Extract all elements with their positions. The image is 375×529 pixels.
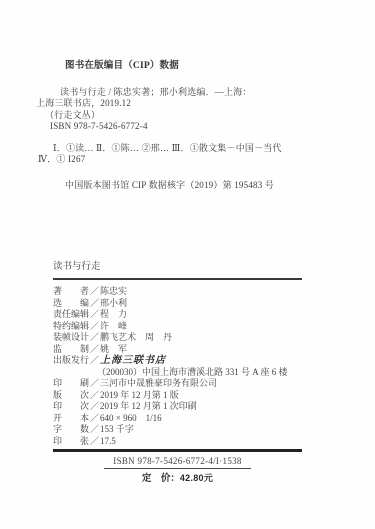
- bottom-rule: [53, 449, 302, 452]
- slash-separator: ／: [89, 378, 100, 388]
- slash-separator: ／: [89, 424, 100, 434]
- slash-separator: ／: [89, 401, 100, 411]
- slash-separator: ／: [89, 344, 100, 354]
- row-label: 选 编: [53, 298, 89, 310]
- slash-separator: ／: [89, 436, 100, 446]
- colophon-row-author: 著 者／陈忠实: [53, 286, 302, 298]
- cip-series-note: （行走文丛）: [45, 110, 308, 122]
- row-label: 印 刷: [53, 378, 89, 390]
- colophon-section: 读书与行走 著 者／陈忠实 选 编／邢小利 责任编辑／程 力 特约编辑／许 峰 …: [53, 261, 302, 486]
- row-value: 640 × 960 1/16: [100, 413, 162, 423]
- cip-isbn-line: ISBN 978-7-5426-6772-4: [50, 121, 308, 133]
- slash-separator: ／: [89, 413, 100, 423]
- isbn-footer: ISBN 978-7-5426-6772-4/I·1538: [104, 456, 250, 470]
- colophon-row-special-editor: 特约编辑／许 峰: [53, 321, 302, 333]
- row-value: 2019 年 12 月第 1 版: [100, 390, 179, 400]
- row-value: 17.5: [100, 436, 116, 446]
- slash-separator: ／: [89, 321, 100, 331]
- row-value: 邢小利: [100, 298, 127, 308]
- cip-heading: 图书在版编目（CIP）数据: [65, 61, 308, 73]
- cip-section: 图书在版编目（CIP）数据 读书与行走 / 陈忠实著；邢小利选编．—上海： 上海…: [36, 61, 308, 191]
- slash-separator: ／: [89, 355, 100, 365]
- colophon-row-word-count: 字 数／153 千字: [53, 424, 302, 436]
- row-value: 153 千字: [100, 424, 134, 434]
- row-label: 装帧设计: [53, 332, 89, 344]
- row-label: 监 制: [53, 344, 89, 356]
- slash-separator: ／: [89, 390, 100, 400]
- price-value: 42.80元: [180, 473, 213, 483]
- colophon-row-sheets: 印 张／17.5: [53, 436, 302, 448]
- colophon-row-supervisor: 监 制／姚 军: [53, 344, 302, 356]
- row-label: 印 张: [53, 436, 89, 448]
- colophon-row-responsible-editor: 责任编辑／程 力: [53, 309, 302, 321]
- row-label: 版 次: [53, 390, 89, 402]
- row-value: 鹏飞艺术 周 丹: [100, 332, 172, 342]
- colophon-row-publisher: 出版发行／上海三联书店: [53, 355, 302, 367]
- footer-block: ISBN 978-7-5426-6772-4/I·1538 定 价：42.80元: [53, 456, 302, 486]
- cip-bibliographic-line-1: 读书与行走 / 陈忠实著；邢小利选编．—上海：: [60, 87, 308, 99]
- publisher-name: 上海三联书店: [100, 355, 166, 366]
- row-label: 出版发行: [53, 355, 89, 367]
- cip-record-number: 中国版本图书馆 CIP 数据核字（2019）第 195483 号: [65, 180, 308, 192]
- colophon-row-printer: 印 刷／三河市中晟雅豪印务有限公司: [53, 378, 302, 390]
- row-label: 字 数: [53, 424, 89, 436]
- slash-separator: ／: [89, 309, 100, 319]
- slash-separator: ／: [89, 332, 100, 342]
- colophon-row-editor: 选 编／邢小利: [53, 298, 302, 310]
- book-copyright-page: 图书在版编目（CIP）数据 读书与行走 / 陈忠实著；邢小利选编．—上海： 上海…: [0, 0, 375, 529]
- slash-separator: ／: [89, 298, 100, 308]
- row-value: 2019 年 12 月第 1 次印刷: [100, 401, 197, 411]
- cip-classification-line-1: Ⅰ．①读… Ⅱ．①陈… ②邢… Ⅲ．①散文集－中国－当代: [53, 143, 308, 155]
- book-title: 读书与行走: [53, 261, 302, 273]
- row-label: 特约编辑: [53, 321, 89, 333]
- cip-bibliographic-line-2: 上海三联书店，2019.12: [36, 98, 308, 110]
- row-value: 程 力: [100, 309, 127, 319]
- cip-classification-line-2: Ⅳ．① I267: [38, 154, 308, 166]
- price-line: 定 价：42.80元: [53, 473, 302, 486]
- row-label: 著 者: [53, 286, 89, 298]
- row-value: 陈忠实: [100, 286, 127, 296]
- row-label: 责任编辑: [53, 309, 89, 321]
- colophon-row-design: 装帧设计／鹏飞艺术 周 丹: [53, 332, 302, 344]
- row-value: 三河市中晟雅豪印务有限公司: [100, 378, 217, 388]
- publisher-address: （200030）中国上海市漕溪北路 331 号 A 座 6 楼: [97, 367, 302, 379]
- title-rule: [53, 278, 302, 280]
- colophon-row-edition: 版 次／2019 年 12 月第 1 版: [53, 390, 302, 402]
- row-label: 开 本: [53, 413, 89, 425]
- colophon-row-printing: 印 次／2019 年 12 月第 1 次印刷: [53, 401, 302, 413]
- row-label: 印 次: [53, 401, 89, 413]
- colophon-row-format: 开 本／640 × 960 1/16: [53, 413, 302, 425]
- price-label: 定 价：: [142, 474, 180, 484]
- slash-separator: ／: [89, 286, 100, 296]
- row-value: 许 峰: [100, 321, 127, 331]
- row-value: 姚 军: [100, 344, 127, 354]
